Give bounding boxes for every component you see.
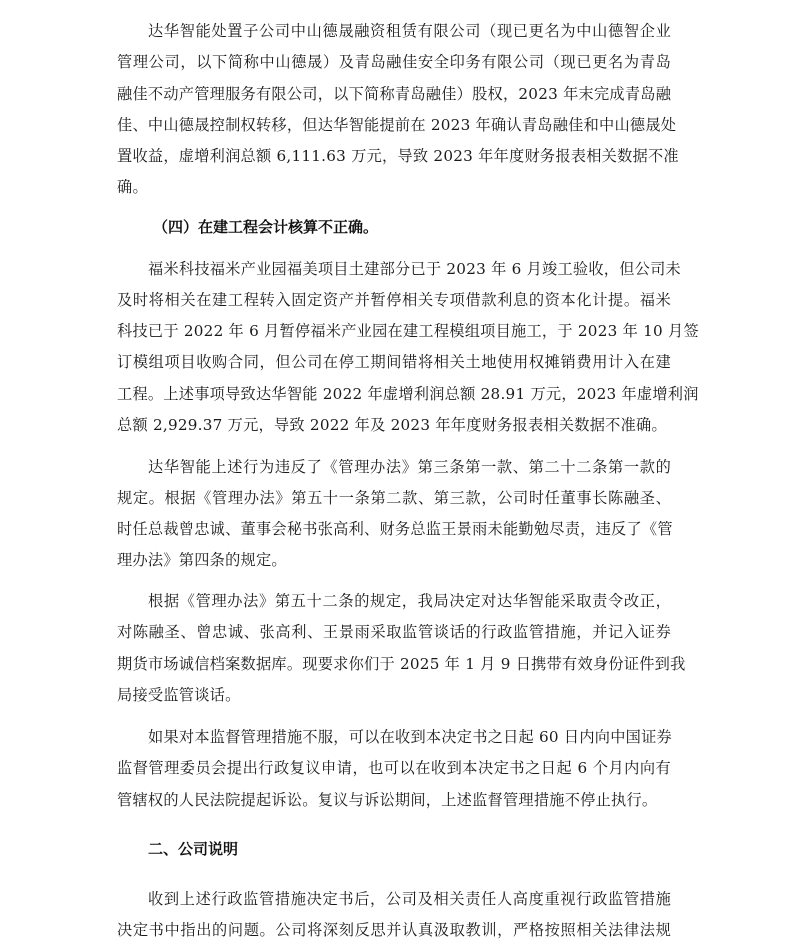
text-line: 科技已于 2022 年 6 月暂停福米产业园在建工程模组项目施工，于 2023 … [117,321,671,341]
text-line: 管辖权的人民法院提起诉讼。复议与诉讼期间，上述监督管理措施不停止执行。 [117,790,657,810]
text-line: 监督管理委员会提出行政复议申请，也可以在收到本决定书之日起 6 个月内向有 [117,758,671,778]
section-heading-company-statement: 二、公司说明 [148,839,238,859]
text-line: 根据《管理办法》第五十二条的规定，我局决定对达华智能采取责令改正， [148,591,671,611]
text-line: 及时将相关在建工程转入固定资产并暂停相关专项借款利息的资本化计提。福米 [117,290,671,310]
text-line: 决定书中指出的问题。公司将深刻反思并认真汲取教训，严格按照相关法律法规 [117,920,671,940]
text-line: 工程。上述事项导致达华智能 2022 年虚增利润总额 28.91 万元，2023… [117,384,671,404]
text-line: 总额 2,929.37 万元，导致 2022 年及 2023 年年度财务报表相关… [117,415,667,435]
text-line: 时任总裁曾忠诚、董事会秘书张高利、财务总监王景雨未能勤勉尽责，违反了《管 [117,519,671,539]
section-heading-construction-accounting: （四）在建工程会计核算不正确。 [153,217,378,237]
text-line: 理办法》第四条的规定。 [117,550,287,570]
text-line: 订模组项目收购合同，但公司在停工期间错将相关土地使用权摊销费用计入在建 [117,352,671,372]
text-line: 达华智能上述行为违反了《管理办法》第三条第一款、第二十二条第一款的 [148,457,671,477]
text-line: 如果对本监督管理措施不服，可以在收到本决定书之日起 60 日内向中国证券 [148,727,671,747]
text-line: 确。 [117,177,148,197]
text-line: 融佳不动产管理服务有限公司，以下简称青岛融佳）股权，2023 年末完成青岛融 [117,84,671,104]
text-line: 对陈融圣、曾忠诚、张高利、王景雨采取监管谈话的行政监管措施，并记入证券 [117,622,671,642]
text-line: 佳、中山德晟控制权转移，但达华智能提前在 2023 年确认青岛融佳和中山德晟处 [117,115,671,135]
text-line: 管理公司，以下简称中山德晟）及青岛融佳安全印务有限公司（现已更名为青岛 [117,52,671,72]
text-line: 达华智能处置子公司中山德晟融资租赁有限公司（现已更名为中山德智企业 [148,21,671,41]
text-line: 收到上述行政监管措施决定书后，公司及相关责任人高度重视行政监管措施 [148,889,671,909]
text-line: 置收益，虚增利润总额 6,111.63 万元，导致 2023 年年度财务报表相关… [117,146,671,166]
text-line: 局接受监管谈话。 [117,685,241,705]
text-line: 福米科技福米产业园福美项目土建部分已于 2023 年 6 月竣工验收，但公司未 [148,259,671,279]
text-line: 规定。根据《管理办法》第五十一条第二款、第三款，公司时任董事长陈融圣、 [117,488,671,508]
text-line: 期货市场诚信档案数据库。现要求你们于 2025 年 1 月 9 日携带有效身份证… [117,654,671,674]
